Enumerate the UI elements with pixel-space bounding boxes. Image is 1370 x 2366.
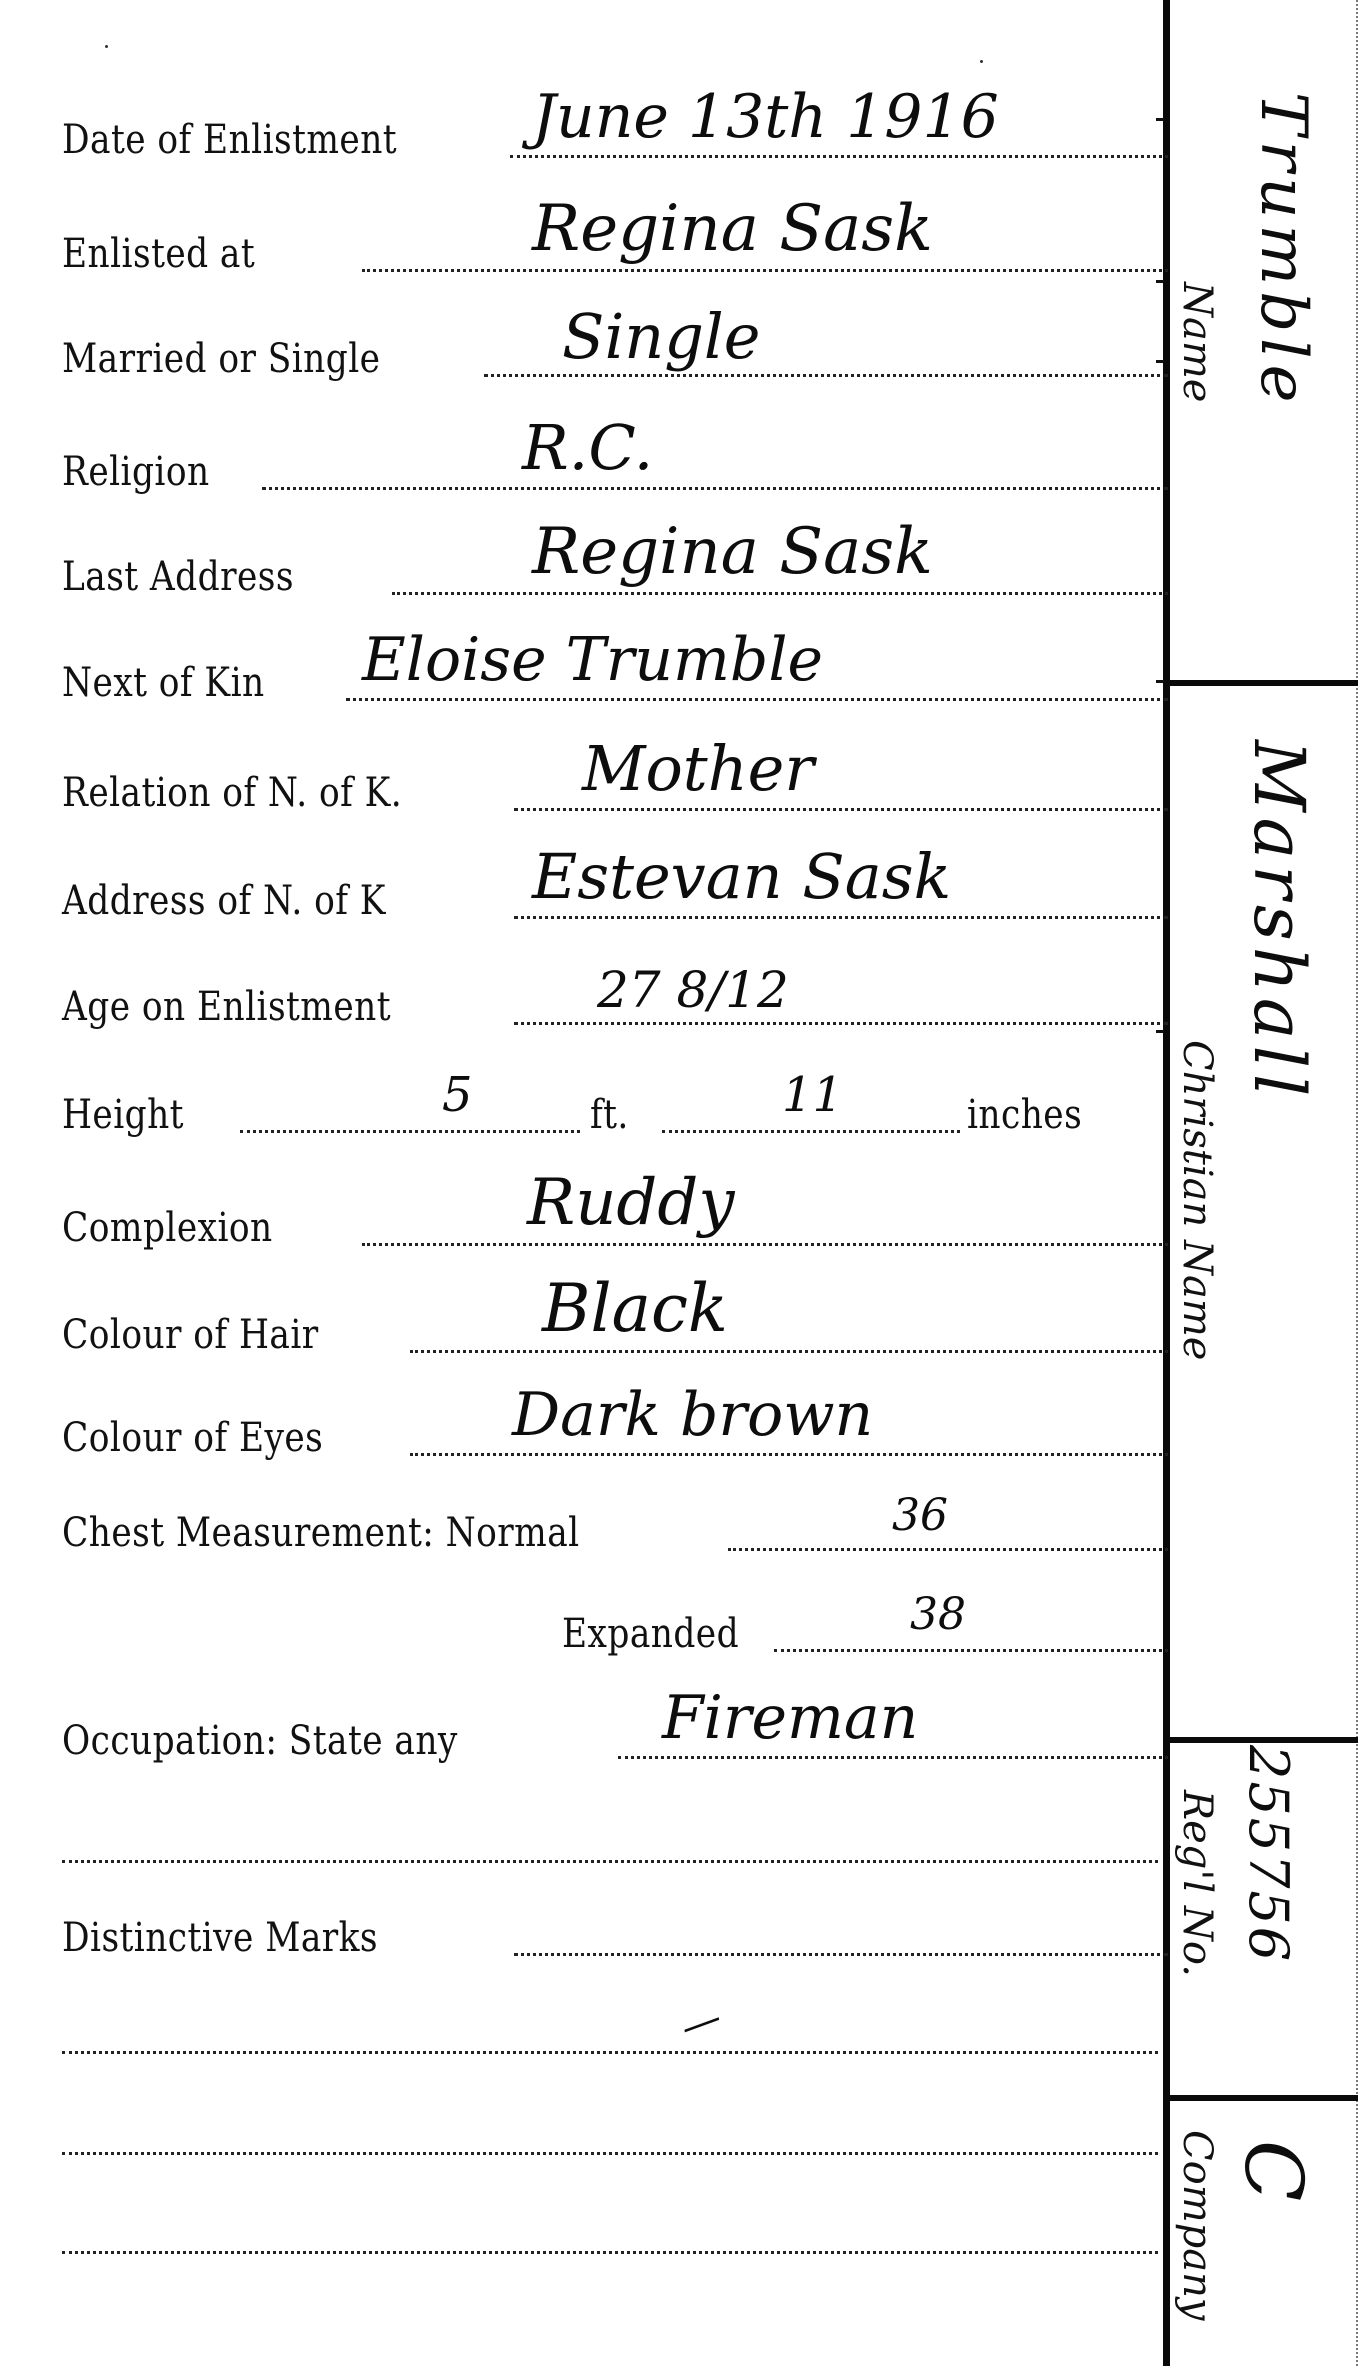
occupation-extra-line[interactable] (62, 1860, 1158, 1863)
christian-name-value[interactable]: Marshall (1238, 740, 1320, 1102)
field-enlisted-at: Enlisted at Regina Sask (62, 214, 1162, 274)
field-label: Complexion (62, 1208, 273, 1248)
inches-unit-label: inches (967, 1095, 1082, 1135)
fill-line (510, 155, 1168, 158)
field-value[interactable]: Black (542, 1270, 728, 1347)
attestation-card: Date of Enlistment June 13th 1916 Enlist… (0, 0, 1370, 2366)
fill-line (774, 1649, 1168, 1652)
field-value[interactable]: 38 (910, 1589, 966, 1640)
fill-line-inches (662, 1130, 960, 1133)
field-chest-expanded: Expanded 38 (62, 1594, 1162, 1654)
field-label: Expanded (562, 1614, 739, 1654)
distinctive-marks-line-2[interactable] (62, 2152, 1158, 2155)
field-value[interactable]: Fireman (662, 1683, 918, 1753)
tick-mark (1156, 360, 1164, 363)
height-feet-value[interactable]: 5 (442, 1067, 473, 1123)
fill-line (410, 1350, 1168, 1353)
field-label: Chest Measurement: Normal (62, 1513, 580, 1553)
fill-line (618, 1756, 1168, 1759)
field-age-on-enlistment: Age on Enlistment 27 8/12 (62, 967, 1162, 1027)
field-label: Relation of N. of K. (62, 773, 402, 813)
fill-line (392, 592, 1168, 595)
field-label: Date of Enlistment (62, 120, 397, 160)
field-label: Married or Single (62, 339, 380, 379)
field-value[interactable]: Estevan Sask (532, 840, 951, 913)
regl-no-section-divider (1168, 2095, 1358, 2101)
fill-line (728, 1548, 1168, 1551)
field-value[interactable]: Eloise Trumble (362, 625, 823, 695)
column-divider (1163, 0, 1170, 2366)
field-next-of-kin: Next of Kin Eloise Trumble (62, 643, 1162, 703)
tick-mark (1156, 680, 1164, 683)
field-address-of-nok: Address of N. of K Estevan Sask (62, 861, 1162, 921)
regl-no-value[interactable]: 255756 (1237, 1745, 1300, 1963)
field-value[interactable]: June 13th 1916 (532, 82, 999, 152)
field-value[interactable]: Regina Sask (532, 515, 933, 589)
tick-mark (1156, 1030, 1164, 1033)
field-label: Colour of Hair (62, 1315, 319, 1355)
feet-unit-label: ft. (590, 1095, 629, 1135)
field-label: Next of Kin (62, 663, 265, 703)
tick-mark (1156, 118, 1164, 121)
field-value[interactable]: Regina Sask (532, 192, 933, 266)
company-label: Company (1174, 2130, 1220, 2320)
fill-line (262, 487, 1168, 490)
fill-line-feet (240, 1130, 580, 1133)
name-section-divider (1168, 680, 1358, 686)
field-distinctive-marks: Distinctive Marks (62, 1898, 1162, 1958)
field-value[interactable]: 36 (892, 1490, 948, 1541)
field-label: Religion (62, 452, 210, 492)
fill-line (362, 269, 1168, 272)
field-label: Address of N. of K (62, 881, 386, 921)
field-value[interactable]: Mother (582, 732, 814, 805)
fill-line (410, 1453, 1168, 1456)
field-label: Age on Enlistment (62, 987, 391, 1027)
height-inches-value[interactable]: 11 (782, 1067, 843, 1123)
field-label: Distinctive Marks (62, 1918, 378, 1958)
company-value[interactable]: C (1227, 2140, 1320, 2207)
fill-line (514, 916, 1168, 919)
christian-name-label: Christian Name (1174, 1040, 1220, 1360)
christian-name-section-divider (1168, 1737, 1358, 1743)
fill-line (346, 698, 1168, 701)
regl-no-label: Reg'l No. (1174, 1790, 1220, 1977)
field-value[interactable]: Dark brown (512, 1380, 873, 1450)
card-right-edge (1356, 0, 1358, 2366)
field-value[interactable]: 27 8/12 (597, 961, 789, 1019)
field-relation-of-nok: Relation of N. of K. Mother (62, 753, 1162, 813)
field-label: Last Address (62, 557, 294, 597)
field-date-of-enlistment: Date of Enlistment June 13th 1916 (62, 100, 1162, 160)
tick-mark (1156, 280, 1164, 283)
field-religion: Religion R.C. (62, 432, 1162, 492)
field-chest-normal: Chest Measurement: Normal 36 (62, 1493, 1162, 1553)
field-label: Colour of Eyes (62, 1418, 323, 1458)
field-label: Height (62, 1095, 184, 1135)
paper-speck (105, 45, 108, 48)
field-height: Height 5 ft. 11 inches (62, 1075, 1162, 1135)
field-value[interactable]: R.C. (522, 411, 653, 484)
field-colour-of-eyes: Colour of Eyes Dark brown (62, 1398, 1162, 1458)
distinctive-marks-line-1[interactable] (62, 2051, 1158, 2054)
field-label: Enlisted at (62, 234, 255, 274)
paper-speck (980, 60, 983, 63)
fill-line (362, 1243, 1168, 1246)
field-married-or-single: Married or Single Single (62, 319, 1162, 379)
distinctive-marks-line-3[interactable] (62, 2251, 1158, 2254)
field-last-address: Last Address Regina Sask (62, 537, 1162, 597)
field-value[interactable]: Single (562, 300, 760, 373)
fill-line (514, 808, 1168, 811)
field-complexion: Complexion Ruddy (62, 1188, 1162, 1248)
surname-value[interactable]: Trumble (1246, 92, 1320, 409)
field-label: Occupation: State any (62, 1721, 458, 1761)
field-value[interactable]: Ruddy (527, 1166, 735, 1240)
distinctive-marks-value[interactable]: — (674, 1994, 727, 2051)
field-colour-of-hair: Colour of Hair Black (62, 1295, 1162, 1355)
fill-line (514, 1022, 1168, 1025)
name-label: Name (1174, 282, 1220, 402)
fill-line (484, 374, 1168, 377)
fill-line (514, 1953, 1168, 1956)
field-occupation: Occupation: State any Fireman (62, 1701, 1162, 1761)
